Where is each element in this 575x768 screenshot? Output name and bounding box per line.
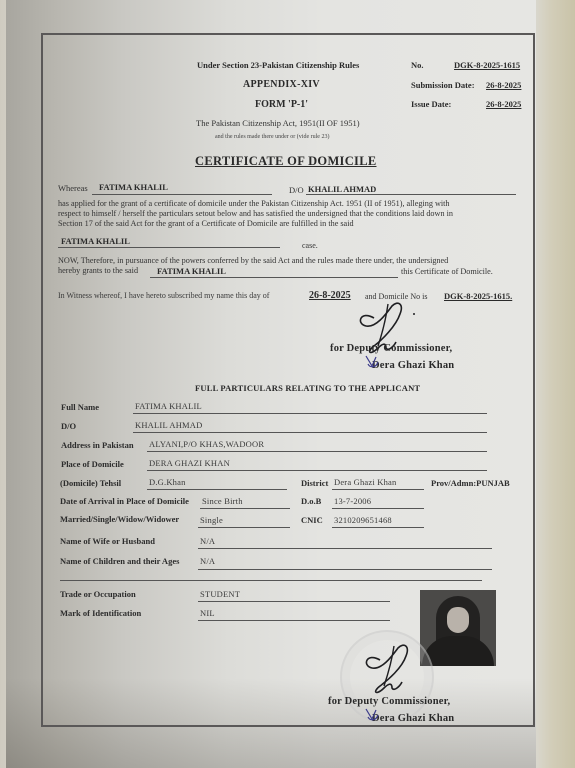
children-label: Name of Children and their Ages [60, 556, 179, 566]
identification-mark-value: NIL [200, 608, 215, 618]
certificate-number: DGK-8-2025-1615 [454, 60, 520, 70]
do-name: KHALIL AHMAD [308, 184, 376, 194]
full-name-value: FATIMA KHALIL [135, 401, 202, 411]
underline [198, 527, 290, 528]
underline [133, 413, 487, 414]
paragraph-1-line: Section 17 of the said Act for the grant… [58, 219, 453, 229]
underline [198, 620, 390, 621]
paragraph-1-line: has applied for the grant of a certifica… [58, 199, 453, 209]
applicant-photo [420, 590, 496, 666]
dob-label: D.o.B [301, 496, 321, 506]
place-of-domicile-value: DERA GHAZI KHAN [149, 458, 230, 468]
underline [58, 247, 280, 248]
identification-mark-label: Mark of Identification [60, 608, 141, 618]
case-label: case. [302, 241, 318, 250]
spouse-label: Name of Wife or Husband [60, 536, 155, 546]
witness-text: In Witness whereof, I have hereto subscr… [58, 291, 269, 300]
signatory-title: for Deputy Commissioner, [330, 343, 452, 354]
bottom-signatory-office: Dera Ghazi Khan [372, 713, 454, 724]
arrival-label: Date of Arrival in Place of Domicile [60, 496, 189, 506]
underline [133, 432, 487, 433]
underline [198, 548, 492, 549]
act-title: The Pakistan Citizenship Act, 1951(II OF… [196, 118, 360, 128]
tehsil-value: D.G.Khan [149, 477, 186, 487]
cnic-label: CNIC [301, 515, 323, 525]
underline [198, 569, 492, 570]
signature-icon [360, 640, 420, 698]
issue-date: 26-8-2025 [486, 99, 521, 109]
underline [200, 508, 290, 509]
paragraph-1-line: respect to himself / herself the particu… [58, 209, 453, 219]
rules-title: Under Section 23-Pakistan Citizenship Ru… [197, 60, 359, 70]
occupation-label: Trade or Occupation [60, 589, 136, 599]
underline [150, 277, 398, 278]
paragraph-1: has applied for the grant of a certifica… [58, 199, 453, 229]
address-label: Address in Pakistan [61, 440, 134, 450]
underline [332, 489, 424, 490]
separator-line [60, 580, 482, 581]
paragraph-2-suffix: this Certificate of Domicile. [401, 267, 493, 276]
underline [332, 527, 424, 528]
bottom-signatory-title: for Deputy Commissioner, [328, 696, 450, 707]
underline [332, 508, 424, 509]
paragraph-2-line: NOW, Therefore, in pursuance of the powe… [58, 256, 448, 266]
initials-icon [364, 354, 380, 370]
underline [147, 470, 487, 471]
witness-date: 26-8-2025 [309, 290, 351, 301]
photo-body [422, 636, 494, 666]
marital-status-label: Married/Single/Widow/Widower [60, 514, 179, 524]
occupation-value: STUDENT [200, 589, 240, 599]
underline [147, 451, 487, 452]
initials-icon [364, 707, 380, 723]
case-name: FATIMA KHALIL [61, 236, 130, 246]
district-value: Dera Ghazi Khan [334, 477, 396, 487]
tehsil-label: (Domicile) Tehsil [60, 478, 121, 488]
do-label: D/O [61, 421, 76, 431]
place-of-domicile-label: Place of Domicile [61, 459, 124, 469]
grant-name: FATIMA KHALIL [157, 266, 226, 276]
do-value: KHALIL AHMAD [135, 420, 202, 430]
underline [92, 194, 272, 195]
underline [147, 489, 287, 490]
particulars-heading: FULL PARTICULARS RELATING TO THE APPLICA… [195, 383, 420, 393]
submission-date-label: Submission Date: [411, 80, 475, 90]
certificate-title: CERTIFICATE OF DOMICILE [195, 154, 376, 169]
do-label: D/O [289, 185, 304, 195]
whereas-name: FATIMA KHALIL [99, 182, 168, 192]
form-title: FORM 'P-1' [255, 99, 308, 110]
province: Prov/Admn:PUNJAB [431, 478, 510, 488]
arrival-value: Since Birth [202, 496, 243, 506]
spouse-value: N/A [200, 536, 215, 546]
signatory-office: Dera Ghazi Khan [372, 360, 454, 371]
issue-date-label: Issue Date: [411, 99, 451, 109]
paragraph-2-prefix: hereby grants to the said [58, 266, 138, 275]
submission-date: 26-8-2025 [486, 80, 521, 90]
marital-status-value: Single [200, 515, 223, 525]
underline [198, 601, 390, 602]
paragraph-2: NOW, Therefore, in pursuance of the powe… [58, 256, 448, 276]
whereas-label: Whereas [58, 183, 88, 193]
district-label: District [301, 478, 328, 488]
appendix-title: APPENDIX-XIV [243, 79, 320, 90]
full-name-label: Full Name [61, 402, 99, 412]
dob-value: 13-7-2006 [334, 496, 371, 506]
underline [306, 194, 516, 195]
rules-note: and the rules made there under or (vide … [215, 134, 329, 140]
photo-face [447, 607, 469, 633]
domicile-number: DGK-8-2025-1615. [444, 291, 512, 301]
address-value: ALYANI,P/O KHAS,WADOOR [149, 439, 264, 449]
no-label: No. [411, 60, 424, 70]
cnic-value: 3210209651468 [334, 515, 392, 525]
children-value: N/A [200, 556, 215, 566]
